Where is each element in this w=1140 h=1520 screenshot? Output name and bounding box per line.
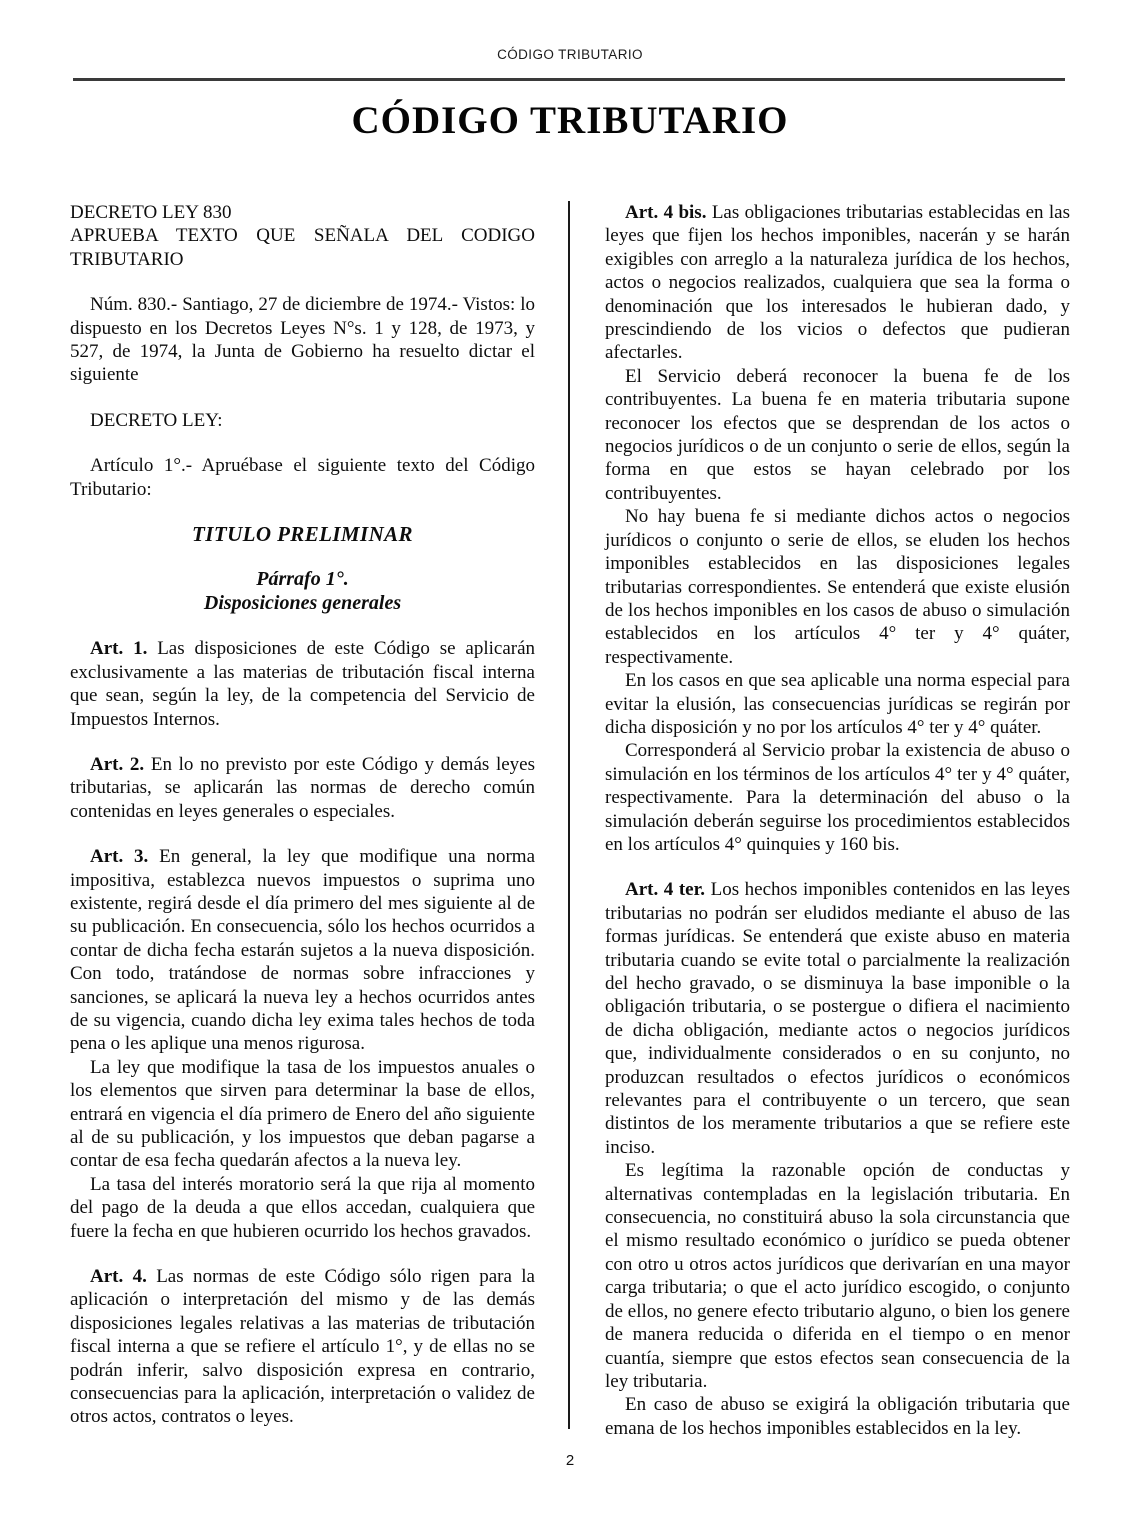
section-title: TITULO PRELIMINAR: [70, 523, 535, 546]
article-paragraph: Art. 1. Las disposiciones de este Código…: [70, 637, 535, 731]
article-label: Art. 4 ter.: [625, 879, 711, 900]
article-paragraph: Art. 4 ter. Los hechos imponibles conten…: [605, 878, 1070, 1159]
article-paragraph: Art. 4. Las normas de este Código sólo r…: [70, 1265, 535, 1429]
paragraph: No hay buena fe si mediante dichos actos…: [605, 505, 1070, 669]
column-divider: [568, 201, 570, 1429]
paragraph: Corresponderá al Servicio probar la exis…: [605, 739, 1070, 856]
document-title: CÓDIGO TRIBUTARIO: [0, 98, 1140, 143]
paragraph: Es legítima la razonable opción de condu…: [605, 1159, 1070, 1393]
article-paragraph: Art. 3. En general, la ley que modifique…: [70, 845, 535, 1056]
section-subtitle: Párrafo 1°.Disposiciones generales: [70, 568, 535, 615]
paragraph: En caso de abuso se exigirá la obligació…: [605, 1393, 1070, 1440]
paragraph: DECRETO LEY:: [70, 409, 535, 432]
running-header: CÓDIGO TRIBUTARIO: [0, 47, 1140, 62]
decree-heading: DECRETO LEY 830APRUEBA TEXTO QUE SEÑALA …: [70, 201, 535, 271]
article-paragraph: Art. 4 bis. Las obligaciones tributarias…: [605, 201, 1070, 365]
paragraph: El Servicio deberá reconocer la buena fe…: [605, 365, 1070, 505]
article-label: Art. 1.: [90, 638, 157, 659]
paragraph: La ley que modifique la tasa de los impu…: [70, 1056, 535, 1173]
paragraph: En los casos en que sea aplicable una no…: [605, 669, 1070, 739]
two-column-body: DECRETO LEY 830APRUEBA TEXTO QUE SEÑALA …: [70, 201, 1070, 1440]
document-page: CÓDIGO TRIBUTARIO CÓDIGO TRIBUTARIO DECR…: [0, 0, 1140, 1520]
article-label: Art. 3.: [90, 846, 159, 867]
article-label: Art. 4.: [90, 1266, 156, 1287]
article-label: Art. 4 bis.: [625, 202, 712, 223]
header-rule: [73, 78, 1065, 81]
paragraph: Núm. 830.- Santiago, 27 de diciembre de …: [70, 293, 535, 387]
right-column: Art. 4 bis. Las obligaciones tributarias…: [605, 201, 1070, 1440]
article-paragraph: Art. 2. En lo no previsto por este Códig…: [70, 753, 535, 823]
paragraph: La tasa del interés moratorio será la qu…: [70, 1173, 535, 1243]
article-label: Art. 2.: [90, 754, 151, 775]
left-column: DECRETO LEY 830APRUEBA TEXTO QUE SEÑALA …: [70, 201, 535, 1429]
page-number: 2: [0, 1452, 1140, 1469]
paragraph: Artículo 1°.- Apruébase el siguiente tex…: [70, 454, 535, 501]
